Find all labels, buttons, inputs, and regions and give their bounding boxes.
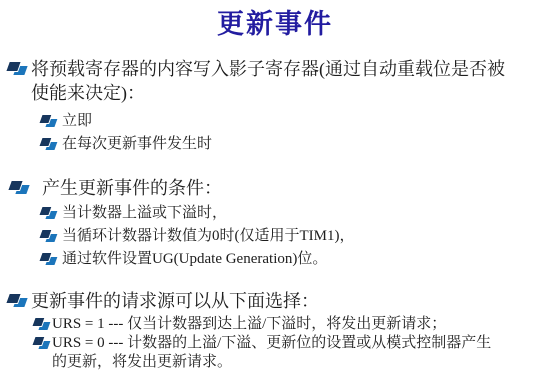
sub-bullet-group-3: URS = 1 --- 仅当计数器到达上溢/下溢时，将发出更新请求； URS =…	[0, 315, 550, 372]
sub-bullet-text: 在每次更新事件发生时	[62, 133, 550, 156]
sub-bullet-group-1: 立即 在每次更新事件发生时	[0, 110, 550, 156]
sub-bullet-text: 通过软件设置UG(Update Generation)位。	[62, 248, 550, 271]
parallelogram-bullet-icon	[8, 62, 26, 75]
parallelogram-bullet-icon	[41, 253, 56, 264]
parallelogram-bullet-icon	[34, 337, 49, 348]
parallelogram-bullet-icon	[41, 207, 56, 218]
sub-bullet-item: URS = 1 --- 仅当计数器到达上溢/下溢时，将发出更新请求；	[0, 315, 550, 334]
sub-bullet-text: URS = 1 --- 仅当计数器到达上溢/下溢时，将发出更新请求；	[52, 315, 550, 334]
parallelogram-bullet-icon	[41, 115, 56, 126]
sub-bullet-text: 当循环计数器计数值为0时(仅适用于TIM1)，	[62, 225, 550, 248]
heading-text: 更新事件的请求源可以从下面选择：	[31, 289, 550, 313]
sub-bullet-item: 当计数器上溢或下溢时，	[0, 202, 550, 225]
bullet-heading-2: 产生更新事件的条件：	[0, 176, 550, 200]
sub-bullet-text: URS = 0 --- 计数器的上溢/下溢、更新位的设置或从模式控制器产生 的更…	[52, 334, 550, 372]
sub-bullet-item: 在每次更新事件发生时	[0, 133, 550, 156]
parallelogram-bullet-icon	[34, 318, 49, 329]
slide: 更新事件 将预载寄存器的内容写入影子寄存器(通过自动重载位是否被 使能来决定)：…	[0, 0, 550, 379]
parallelogram-bullet-icon	[41, 230, 56, 241]
page-title: 更新事件	[0, 0, 550, 40]
sub-bullet-group-2: 当计数器上溢或下溢时， 当循环计数器计数值为0时(仅适用于TIM1)， 通过软件…	[0, 202, 550, 271]
sub-bullet-item: URS = 0 --- 计数器的上溢/下溢、更新位的设置或从模式控制器产生 的更…	[0, 334, 550, 372]
sub-bullet-text: 当计数器上溢或下溢时，	[62, 202, 550, 225]
parallelogram-bullet-icon	[10, 181, 28, 194]
bullet-heading-1: 将预载寄存器的内容写入影子寄存器(通过自动重载位是否被 使能来决定)：	[0, 57, 550, 105]
parallelogram-bullet-icon	[8, 294, 26, 307]
sub-bullet-item: 立即	[0, 110, 550, 133]
heading-text: 产生更新事件的条件：	[42, 176, 550, 200]
sub-bullet-item: 当循环计数器计数值为0时(仅适用于TIM1)，	[0, 225, 550, 248]
parallelogram-bullet-icon	[41, 138, 56, 149]
heading-text: 将预载寄存器的内容写入影子寄存器(通过自动重载位是否被 使能来决定)：	[31, 57, 550, 105]
bullet-heading-3: 更新事件的请求源可以从下面选择：	[0, 289, 550, 313]
sub-bullet-item: 通过软件设置UG(Update Generation)位。	[0, 248, 550, 271]
sub-bullet-text: 立即	[62, 110, 550, 133]
